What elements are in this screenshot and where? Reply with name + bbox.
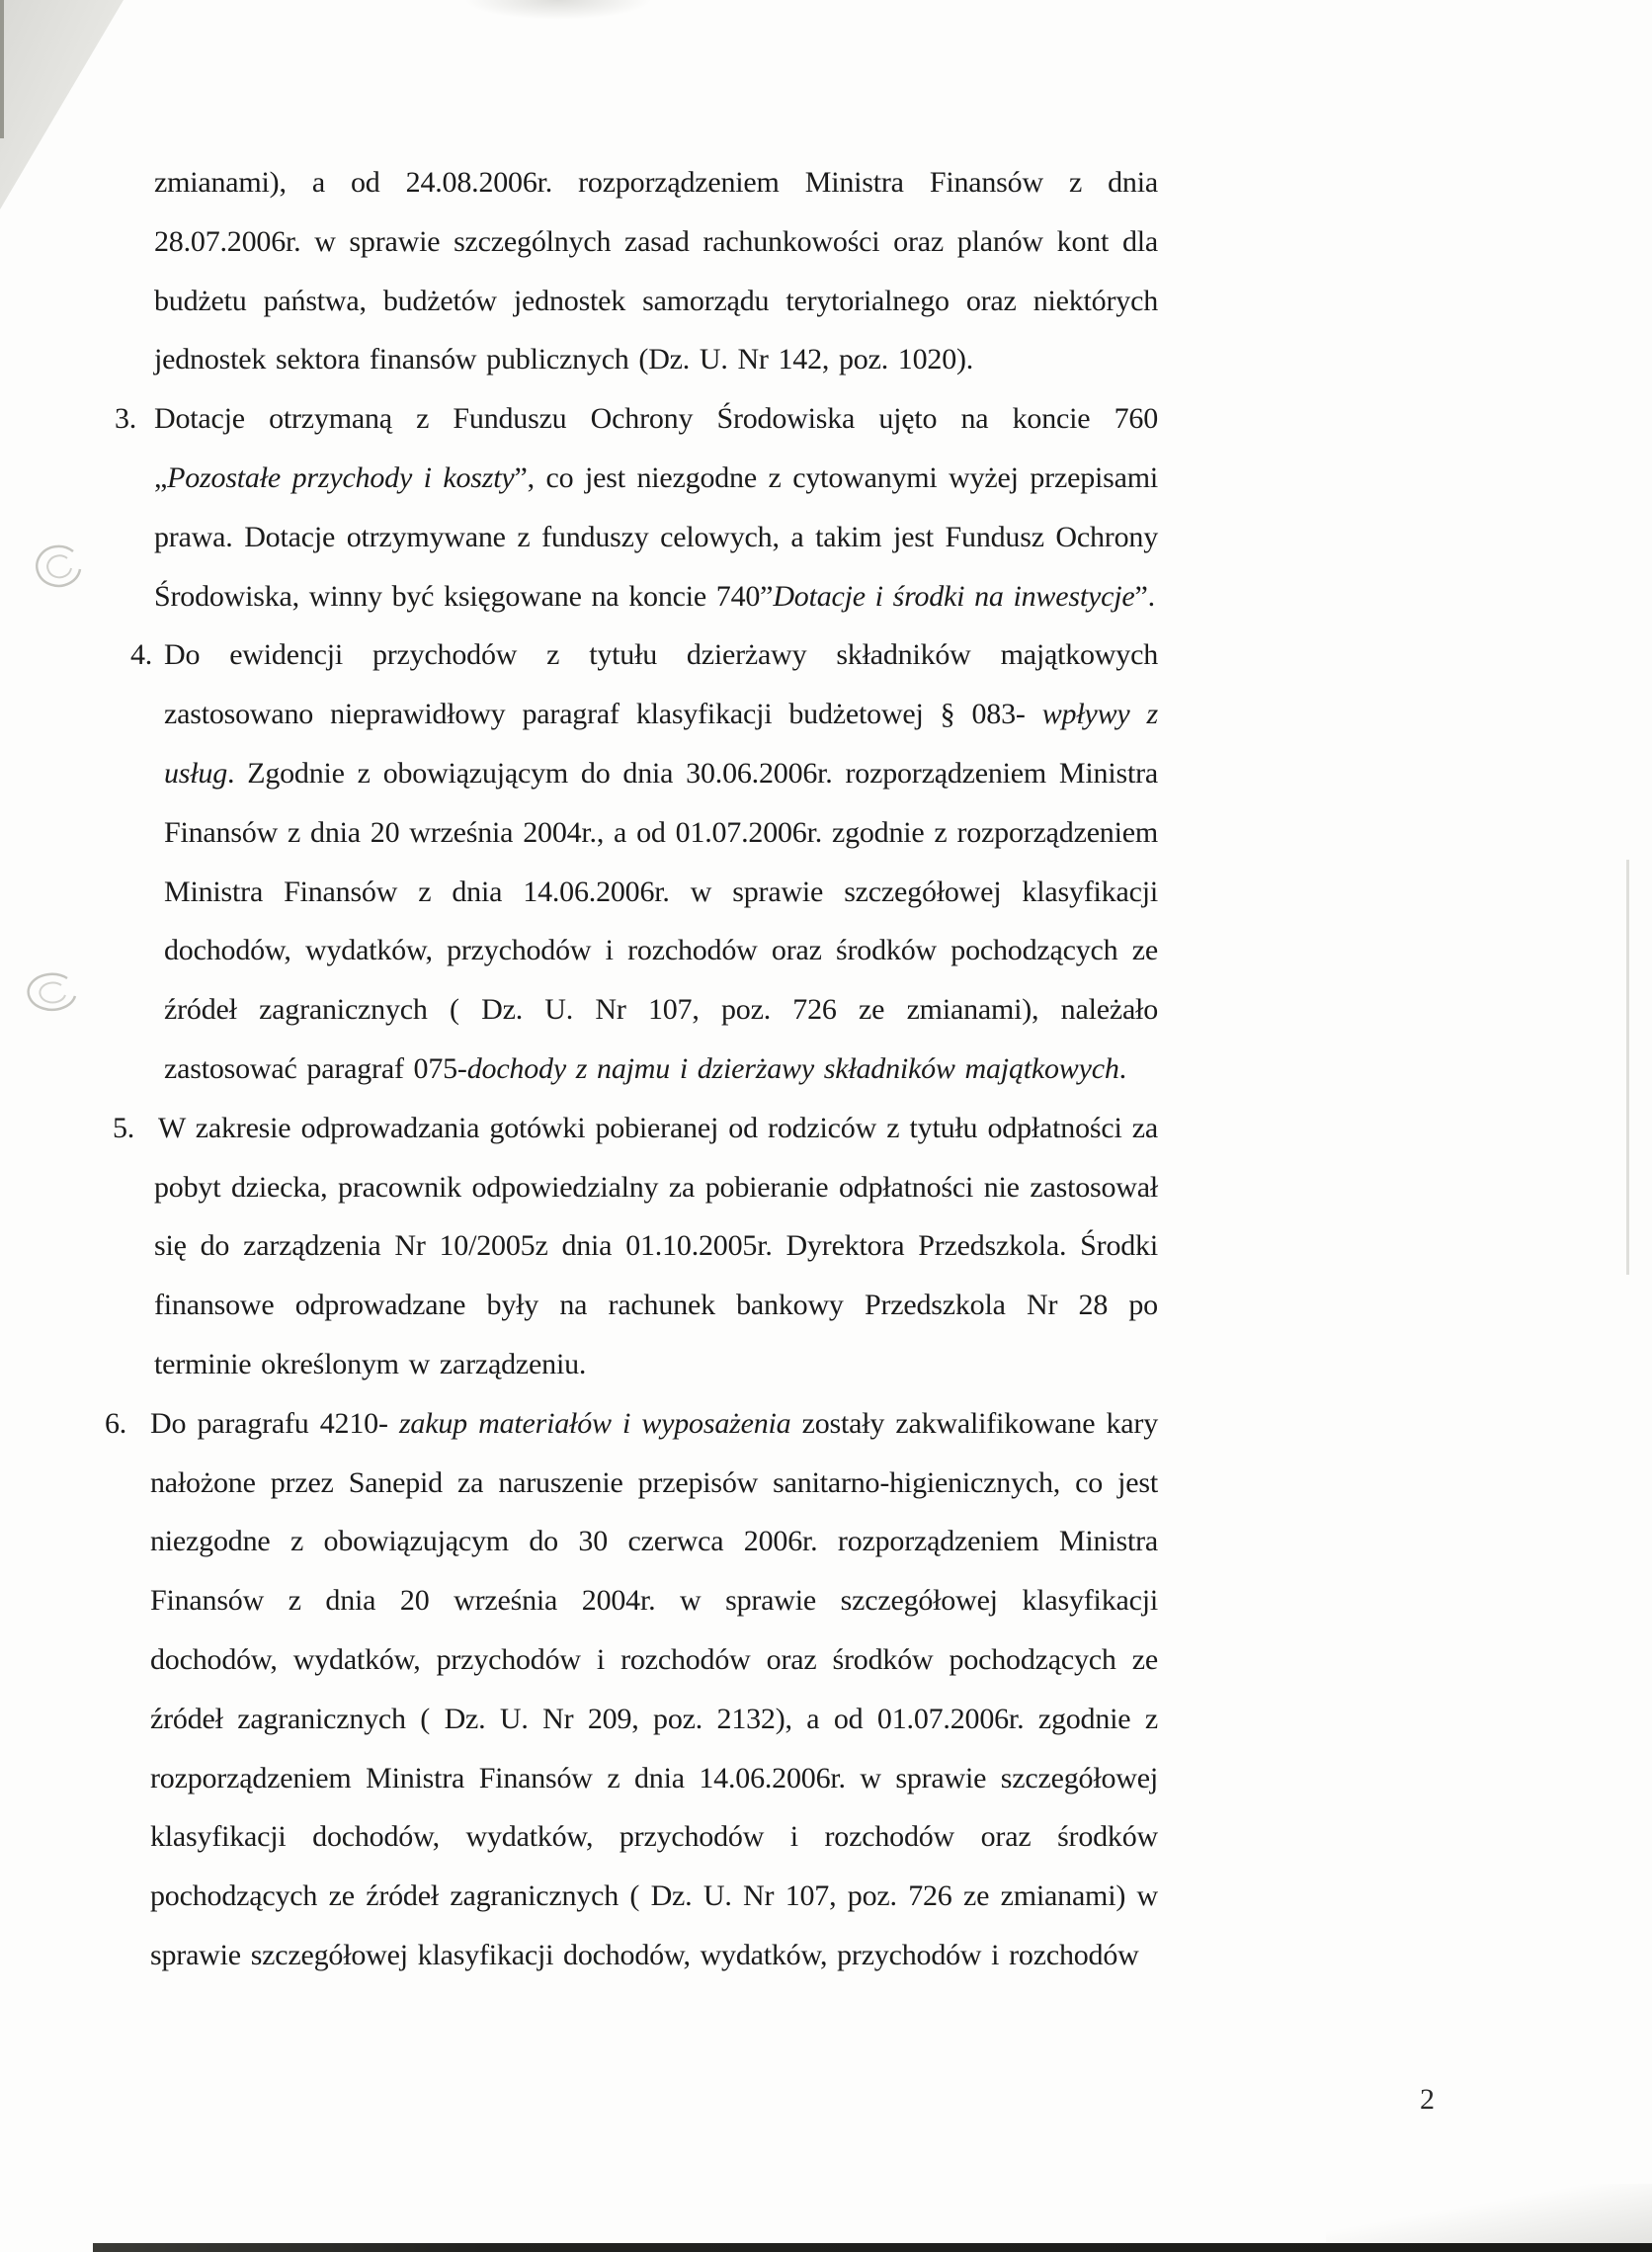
finding-item-text: Dotacje otrzymaną z Funduszu Ochrony Śro… xyxy=(154,402,1158,612)
italic-text-run: zakup materiałów i wyposażenia xyxy=(399,1407,791,1440)
hole-punch-mark xyxy=(34,542,85,593)
text-run: zmianami), a od 24.08.2006r. rozporządze… xyxy=(154,166,1158,375)
scan-smudge-artifact xyxy=(464,0,652,20)
page-number: 2 xyxy=(1420,2083,1435,2117)
italic-text-run: dochody z najmu i dzierżawy składników m… xyxy=(467,1052,1119,1085)
finding-item: 4.Do ewidencji przychodów z tytułu dzier… xyxy=(99,626,1158,1098)
finding-item-number: 3. xyxy=(115,389,136,449)
paragraph-continuation: zmianami), a od 24.08.2006r. rozporządze… xyxy=(154,153,1158,389)
finding-item-number: 4. xyxy=(130,626,152,685)
finding-item: 5.W zakresie odprowadzania gotówki pobie… xyxy=(99,1099,1158,1394)
text-run: Do ewidencji przychodów z tytułu dzierża… xyxy=(164,638,1158,730)
document-body: zmianami), a od 24.08.2006r. rozporządze… xyxy=(99,153,1158,1985)
finding-item-number: 6. xyxy=(105,1394,126,1454)
hole-punch-mark xyxy=(24,970,81,1018)
scan-edge-artifact xyxy=(93,2243,1652,2252)
finding-item: 6.Do paragrafu 4210- zakup materiałów i … xyxy=(99,1394,1158,1985)
text-run: . Zgodnie z obowiązującym do dnia 30.06.… xyxy=(164,757,1158,1085)
finding-item-text: W zakresie odprowadzania gotówki pobiera… xyxy=(154,1112,1158,1380)
finding-item-text: Do ewidencji przychodów z tytułu dzierża… xyxy=(164,638,1158,1085)
text-run: ”. xyxy=(1134,580,1154,613)
scan-edge-artifact xyxy=(0,0,4,138)
italic-text-run: Pozostałe przychody i koszty xyxy=(167,461,514,494)
scan-edge-artifact xyxy=(1626,860,1629,1275)
text-run: . xyxy=(1119,1052,1126,1085)
italic-text-run: Dotacje i środki na inwestycje xyxy=(773,580,1134,613)
finding-item-text: Do paragrafu 4210- zakup materiałów i wy… xyxy=(150,1407,1158,1971)
finding-item: 3.Dotacje otrzymaną z Funduszu Ochrony Ś… xyxy=(99,389,1158,626)
finding-item-number: 5. xyxy=(113,1099,134,1158)
findings-list: 3.Dotacje otrzymaną z Funduszu Ochrony Ś… xyxy=(99,389,1158,1985)
scan-shadow-artifact xyxy=(1326,2184,1652,2243)
text-run: zostały zakwalifikowane kary nałożone pr… xyxy=(150,1407,1158,1971)
text-run: W zakresie odprowadzania gotówki pobiera… xyxy=(154,1112,1158,1380)
text-run: Do paragrafu 4210- xyxy=(150,1407,399,1440)
scanned-document-page: zmianami), a od 24.08.2006r. rozporządze… xyxy=(0,0,1652,2252)
